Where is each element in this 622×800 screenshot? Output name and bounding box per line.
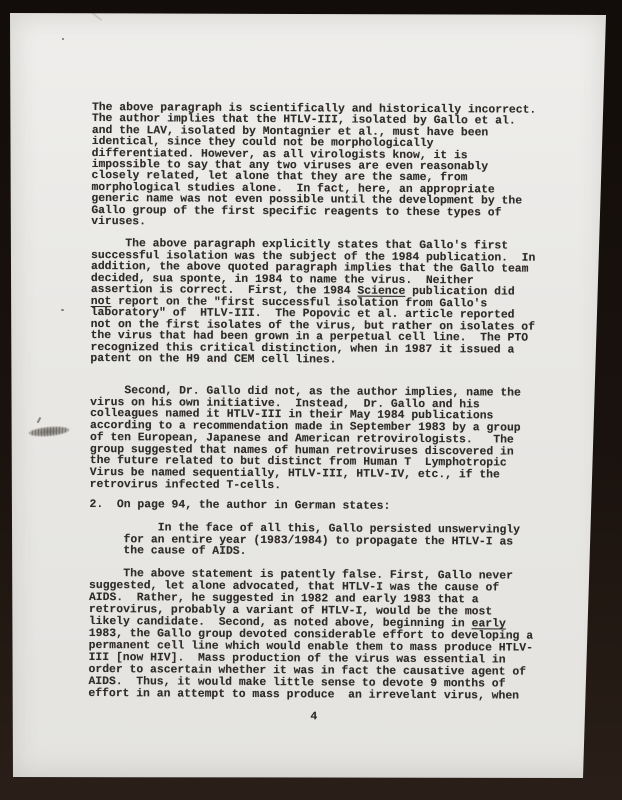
paragraph-naming-htlv-iii: Second, Dr. Gallo did not, as the author… (90, 386, 521, 494)
text-line: 2. On page 94, the author in German stat… (90, 500, 391, 513)
numbered-item-2-heading: 2. On page 94, the author in German stat… (90, 500, 391, 513)
page-number: 4 (88, 710, 539, 725)
scan-background: The above paragraph is scientifically an… (0, 0, 622, 800)
paragraph-1984-publication: The above paragraph explicitly states th… (90, 239, 535, 368)
document-page: The above paragraph is scientifically an… (10, 13, 607, 778)
typewritten-text-layer: The above paragraph is scientifically an… (6, 12, 608, 781)
paragraph-statement-false: The above statement is patently false. F… (88, 568, 533, 703)
paragraph-htlv-lav-identity: The above paragraph is scientifically an… (91, 103, 536, 231)
block-quote-page-94: In the face of all this, Gallo persisted… (89, 523, 520, 560)
text-line: effort in an attempt to mass produce an … (88, 688, 532, 703)
